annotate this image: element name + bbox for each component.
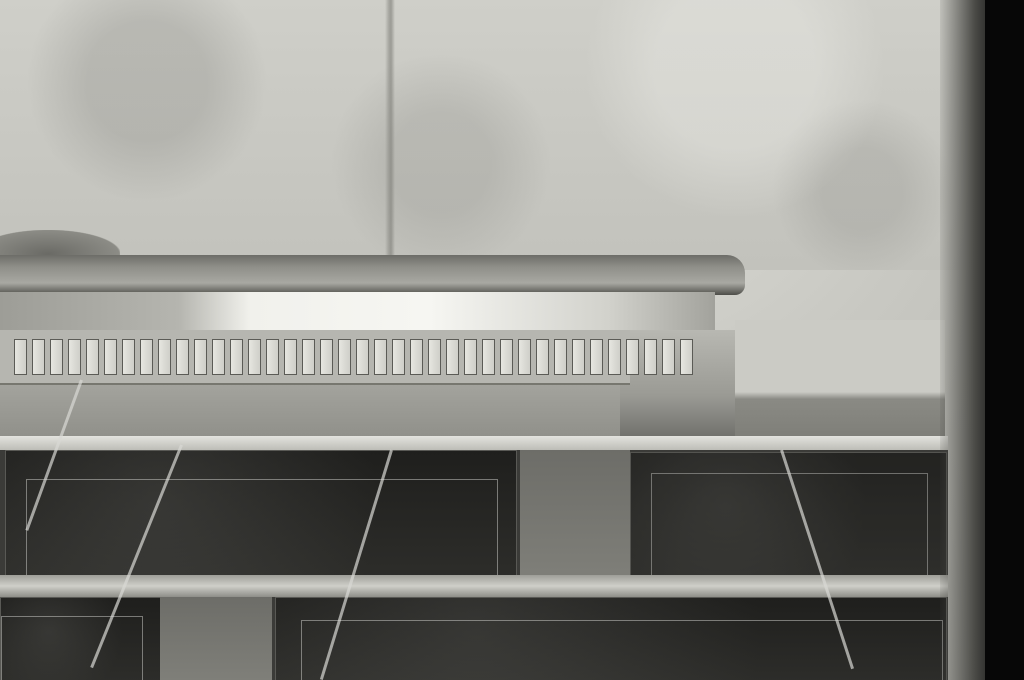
- dentil: [230, 339, 243, 375]
- dentil: [572, 339, 585, 375]
- dark-doorway: [985, 0, 1024, 680]
- dentil: [338, 339, 351, 375]
- dentil: [86, 339, 99, 375]
- dentil: [608, 339, 621, 375]
- dentil: [68, 339, 81, 375]
- dentil: [194, 339, 207, 375]
- dentil: [626, 339, 639, 375]
- frieze-band: [0, 385, 620, 440]
- dentil: [446, 339, 459, 375]
- dentil: [482, 339, 495, 375]
- dentil: [536, 339, 549, 375]
- dentil: [500, 339, 513, 375]
- dentil: [644, 339, 657, 375]
- cornice-crown: [0, 255, 745, 295]
- dentil: [266, 339, 279, 375]
- dentil: [356, 339, 369, 375]
- dado-cap-band: [0, 436, 948, 450]
- horizontal-band: [0, 575, 948, 597]
- dentil: [428, 339, 441, 375]
- dentil: [554, 339, 567, 375]
- dentil: [104, 339, 117, 375]
- dentil: [176, 339, 189, 375]
- door-jamb-shadow: [940, 0, 990, 680]
- dentil: [50, 339, 63, 375]
- dentil: [14, 339, 27, 375]
- dentil-molding: [0, 330, 630, 385]
- dentil: [392, 339, 405, 375]
- dentil: [590, 339, 603, 375]
- dentil: [32, 339, 45, 375]
- dentil: [662, 339, 675, 375]
- dentil: [410, 339, 423, 375]
- vertical-crack: [385, 0, 395, 265]
- panel-light-upper-middle: [520, 450, 630, 580]
- dentil: [212, 339, 225, 375]
- dentil: [248, 339, 261, 375]
- dentil: [464, 339, 477, 375]
- panel-dark-lower-left: [0, 597, 162, 680]
- wall-photograph: [0, 0, 1024, 680]
- dentil: [518, 339, 531, 375]
- panel-dark-lower-right: [275, 597, 947, 680]
- panel-dark-upper-left: [5, 450, 517, 580]
- dentil: [122, 339, 135, 375]
- dentil: [374, 339, 387, 375]
- dentil: [320, 339, 333, 375]
- dentil: [140, 339, 153, 375]
- panel-light-lower: [160, 597, 272, 680]
- right-wall-block: [735, 320, 945, 440]
- dentil: [158, 339, 171, 375]
- upper-plaster-wall: [0, 0, 980, 270]
- dentil: [680, 339, 693, 375]
- dentil: [284, 339, 297, 375]
- dentil: [302, 339, 315, 375]
